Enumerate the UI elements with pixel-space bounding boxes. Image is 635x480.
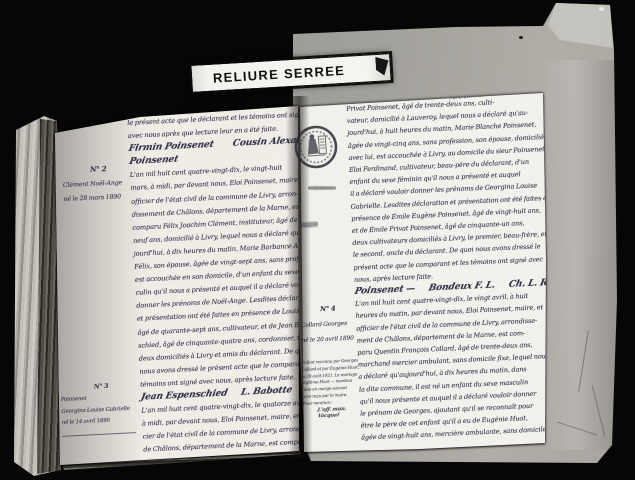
microfilm-scan: le présent acte que le déclarant et les … xyxy=(0,0,635,480)
ink-smudge xyxy=(300,221,318,229)
margin-note-act4: N° 4Collard Georgesné le 20 avril 1890 xyxy=(300,301,357,350)
margin-note-line: né le 20 avril 1890 xyxy=(301,331,357,349)
official-seal-stamp xyxy=(291,122,340,171)
mention-line: Vacquel xyxy=(303,412,363,422)
marginal-mention-note: Enfant reconnu par GeorgesCollard et par… xyxy=(301,357,362,421)
ink-smudge xyxy=(308,185,336,191)
right-page-text: Privat Poinsenet, âgé de trente-deux ans… xyxy=(346,94,551,444)
banner-label: RELIURE SERREE xyxy=(213,61,370,85)
banner-end-mark xyxy=(375,56,389,76)
